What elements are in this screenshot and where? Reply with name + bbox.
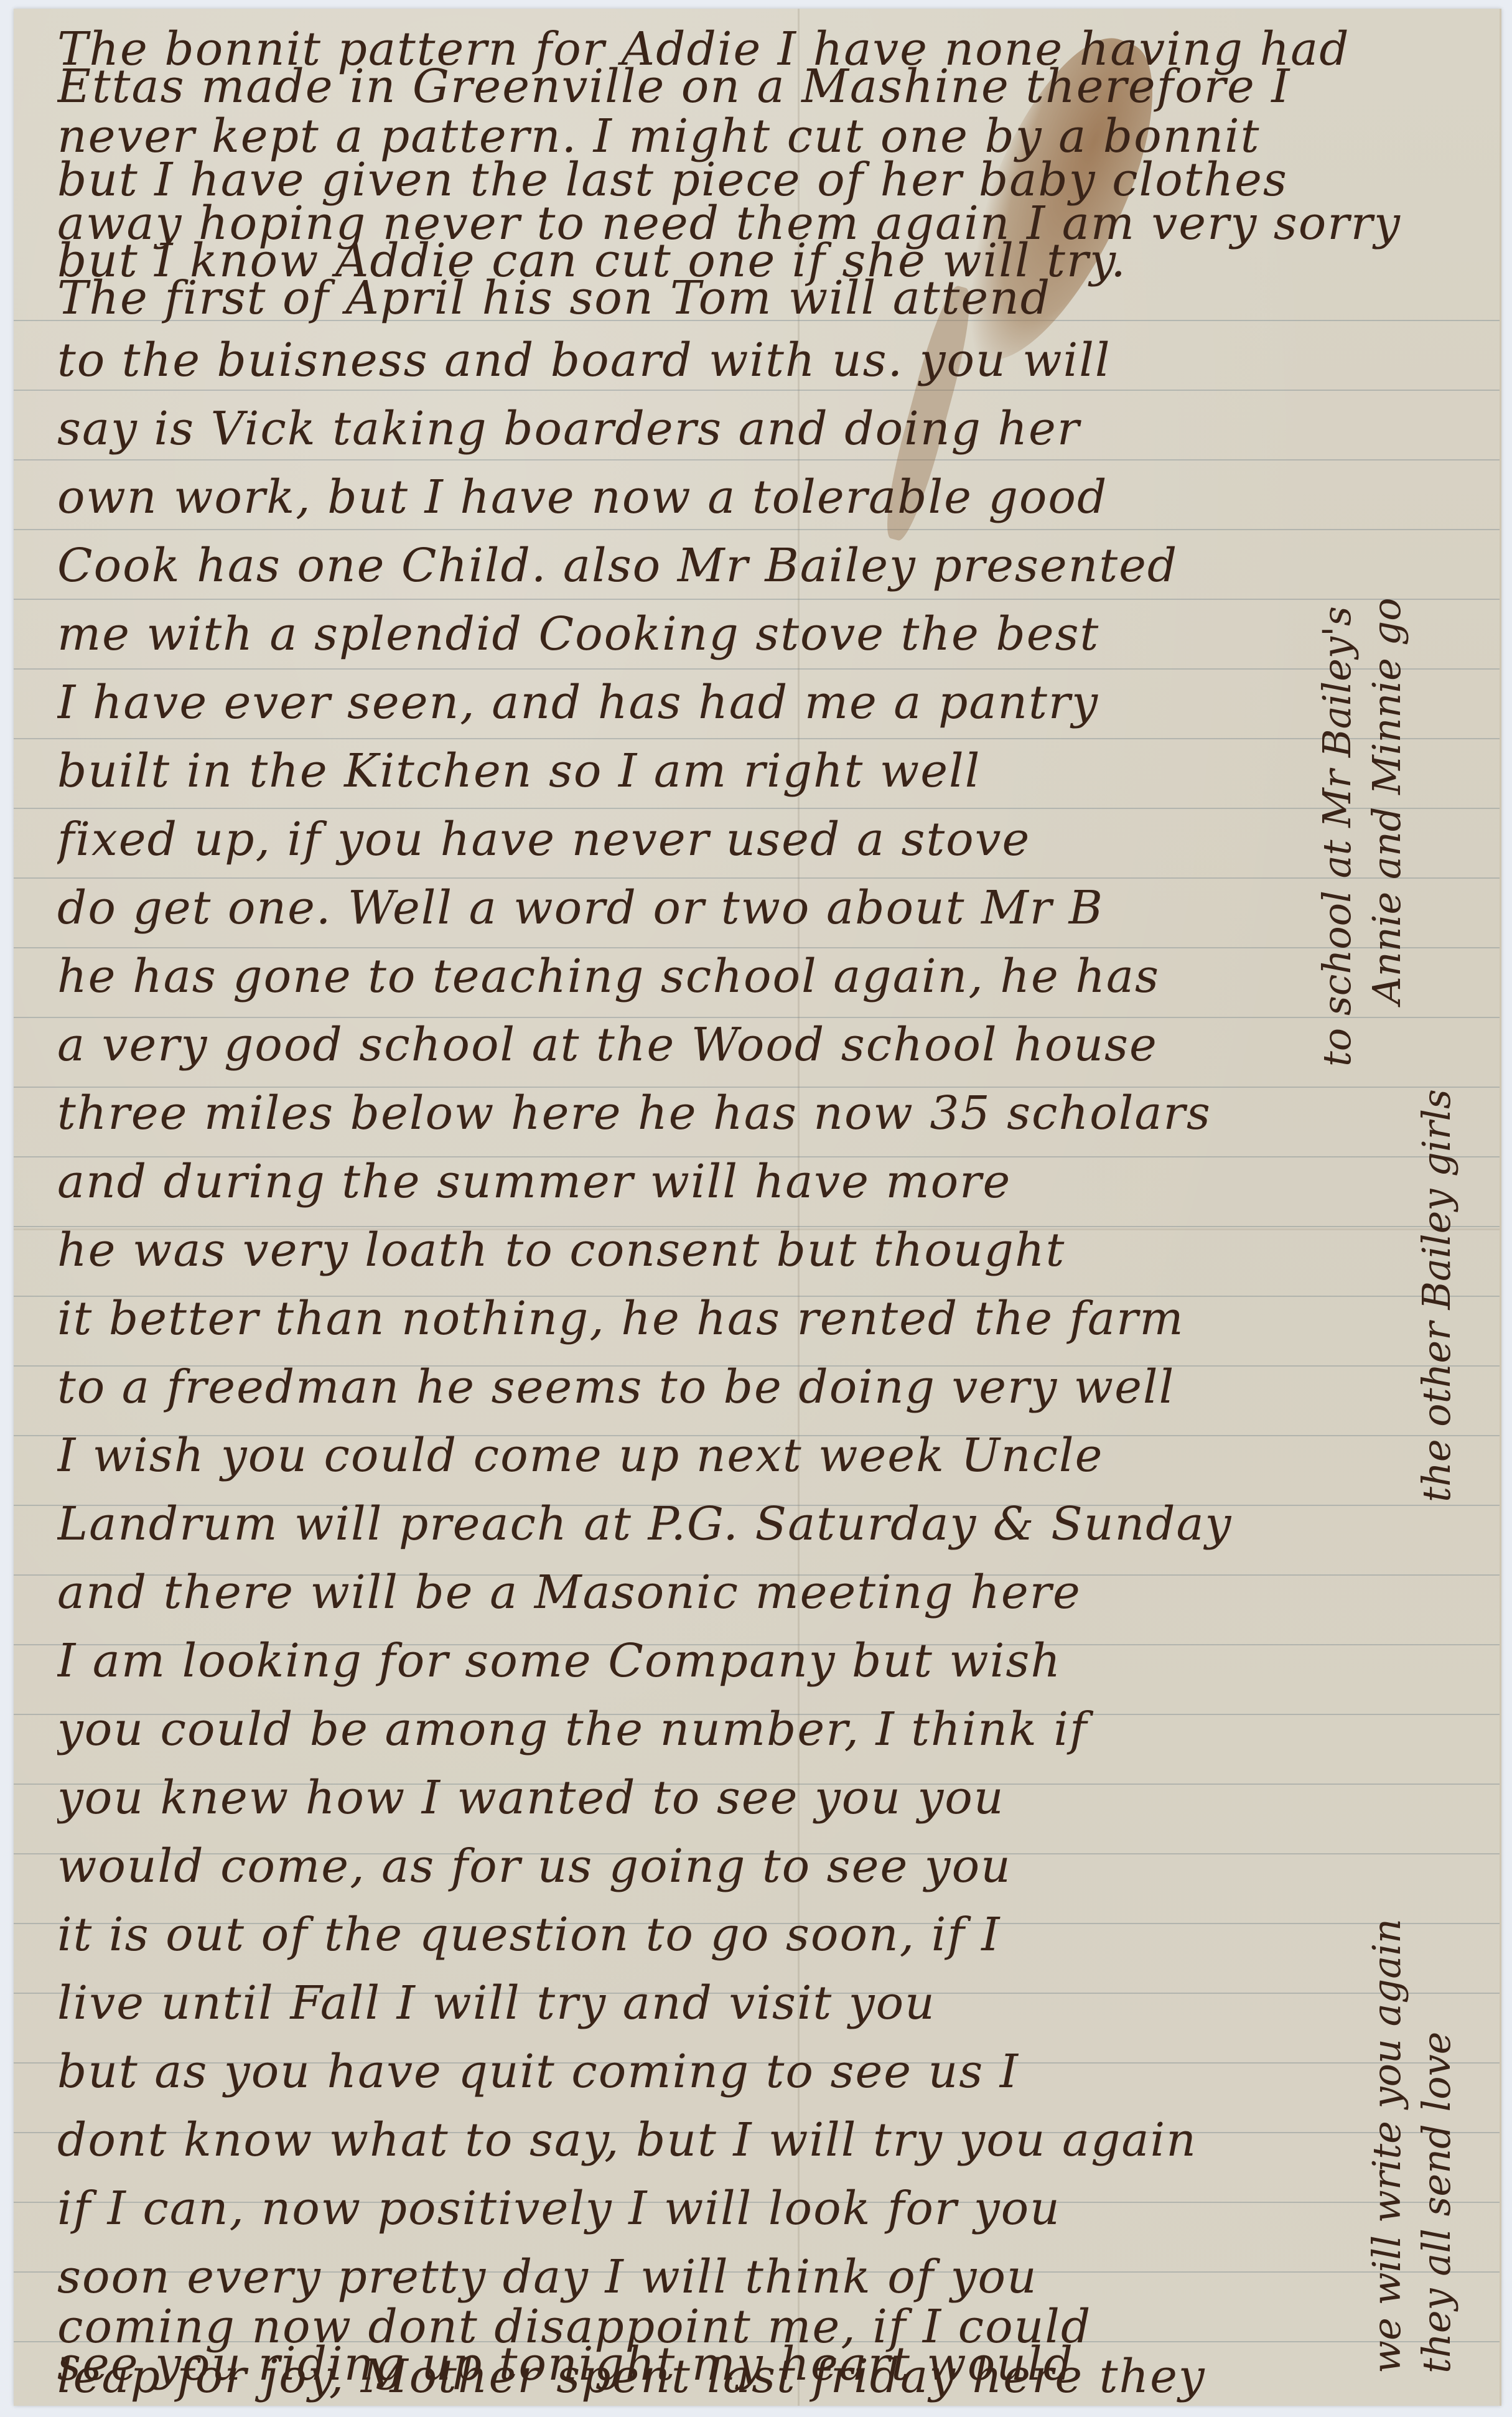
letter-line: dont know what to say, but I will try yo… xyxy=(57,2112,1451,2168)
letter-line: a very good school at the Wood school ho… xyxy=(57,1017,1451,1073)
letter-line: to the buisness and board with us. you w… xyxy=(57,332,1451,388)
letter-line: The first of April his son Tom will atte… xyxy=(57,270,1451,326)
letter-line: you knew how I wanted to see you you xyxy=(57,1770,1451,1826)
letter-line: live until Fall I will try and visit you xyxy=(57,1975,1451,2031)
letter-line: to a freedman he seems to be doing very … xyxy=(57,1359,1451,1415)
margin-note: the other Bailey girls xyxy=(1414,1089,1459,1502)
letter-line: leap for joy, Mother spent last friday h… xyxy=(57,2349,1451,2405)
letter-line: but as you have quit coming to see us I xyxy=(57,2044,1451,2100)
letter-page: The bonnit pattern for Addie I have none… xyxy=(14,9,1501,2406)
margin-note: to school at Mr Bailey's xyxy=(1314,606,1360,1067)
letter-line: he has gone to teaching school again, he… xyxy=(57,948,1451,1004)
margin-note: we will write you again xyxy=(1364,1919,1409,2373)
letter-line: would come, as for us going to see you xyxy=(57,1838,1451,1894)
letter-line: Cook has one Child. also Mr Bailey prese… xyxy=(57,538,1451,594)
rule-line xyxy=(14,877,1500,879)
rule-line xyxy=(14,668,1500,670)
letter-line: he was very loath to consent but thought xyxy=(57,1222,1451,1278)
letter-line: it better than nothing, he has rented th… xyxy=(57,1291,1451,1347)
letter-line: Ettas made in Greenville on a Mashine th… xyxy=(57,58,1451,115)
letter-line: I wish you could come up next week Uncle xyxy=(57,1428,1451,1484)
letter-line: say is Vick taking boarders and doing he… xyxy=(57,401,1451,457)
letter-line: do get one. Well a word or two about Mr … xyxy=(57,880,1451,936)
letter-line: I have ever seen, and has had me a pantr… xyxy=(57,675,1451,731)
rule-line xyxy=(14,738,1500,739)
letter-line: if I can, now positively I will look for… xyxy=(57,2181,1451,2237)
letter-line: me with a splendid Cooking stove the bes… xyxy=(57,606,1451,662)
rule-line xyxy=(14,390,1500,391)
letter-line: three miles below here he has now 35 sch… xyxy=(57,1085,1451,1141)
letter-line: and during the summer will have more xyxy=(57,1154,1451,1210)
letter-line: I am looking for some Company but wish xyxy=(57,1633,1451,1689)
rule-line xyxy=(14,808,1500,809)
margin-note: they all send love xyxy=(1414,2032,1459,2373)
rule-line xyxy=(14,459,1500,460)
letter-line: it is out of the question to go soon, if… xyxy=(57,1907,1451,1963)
letter-line: soon every pretty day I will think of yo… xyxy=(57,2249,1451,2305)
letter-line: built in the Kitchen so I am right well xyxy=(57,743,1451,799)
rule-line xyxy=(14,599,1500,600)
letter-line: fixed up, if you have never used a stove xyxy=(57,811,1451,867)
margin-note: Annie and Minnie go xyxy=(1364,597,1409,1004)
rule-line xyxy=(14,529,1500,530)
letter-line: you could be among the number, I think i… xyxy=(57,1701,1451,1757)
letter-line: own work, but I have now a tolerable goo… xyxy=(57,469,1451,525)
letter-line: and there will be a Masonic meeting here xyxy=(57,1564,1451,1620)
letter-line: Landrum will preach at P.G. Saturday & S… xyxy=(57,1496,1451,1552)
